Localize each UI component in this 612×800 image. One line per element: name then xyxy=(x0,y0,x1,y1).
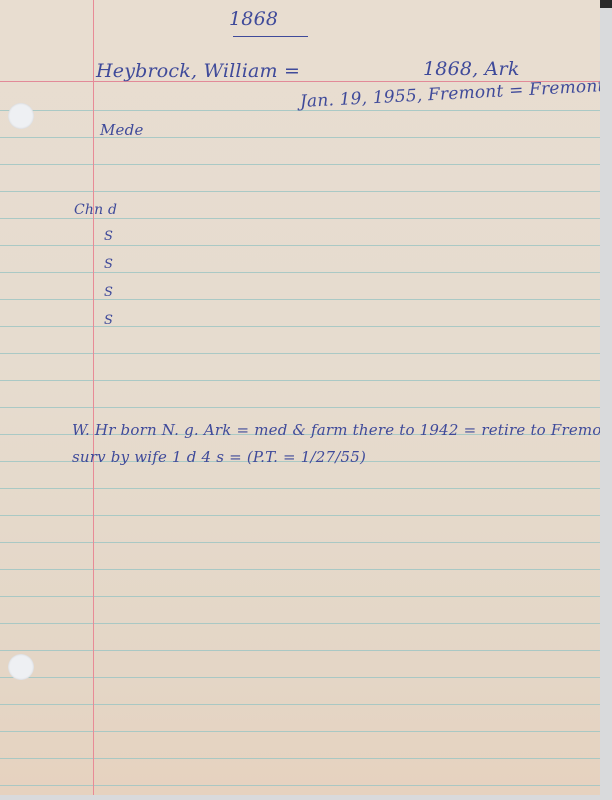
entry-occupation: Mede xyxy=(100,121,144,139)
notebook-page: 1868 Heybrock, William = 1868, Ark Jan. … xyxy=(0,0,600,795)
entry-name: Heybrock, William = xyxy=(96,60,300,82)
child-item: S xyxy=(104,285,113,300)
biography-line-1: W. Hr born N. g. Ark = med & farm there … xyxy=(72,421,600,439)
ruled-line xyxy=(0,407,600,408)
ruled-line xyxy=(0,488,600,489)
ruled-line xyxy=(0,353,600,354)
ruled-line xyxy=(0,191,600,192)
entry-birth: 1868, Ark xyxy=(423,58,520,80)
ruled-line xyxy=(0,704,600,705)
binder-hole-top xyxy=(8,103,34,129)
ruled-line xyxy=(0,569,600,570)
ruled-line xyxy=(0,731,600,732)
ruled-line xyxy=(0,542,600,543)
ruled-line xyxy=(0,218,600,219)
scan-corner-shadow xyxy=(600,0,612,8)
binder-hole-bottom xyxy=(8,654,34,680)
child-item: S xyxy=(104,257,113,272)
ruled-line xyxy=(0,758,600,759)
ruled-line xyxy=(0,380,600,381)
biography-line-2: surv by wife 1 d 4 s = (P.T. = 1/27/55) xyxy=(72,448,366,466)
ruled-line xyxy=(0,677,600,678)
ruled-line xyxy=(0,650,600,651)
ruled-line xyxy=(0,515,600,516)
margin-red-line xyxy=(93,0,94,795)
ruled-line xyxy=(0,299,600,300)
ruled-line xyxy=(0,272,600,273)
ruled-line xyxy=(0,245,600,246)
ruled-line xyxy=(0,326,600,327)
ruled-line xyxy=(0,137,600,138)
child-item: S xyxy=(104,229,113,244)
ruled-line xyxy=(0,785,600,786)
heading-underline xyxy=(233,36,308,37)
ruled-line xyxy=(0,623,600,624)
ruled-line xyxy=(0,596,600,597)
ruled-line xyxy=(0,164,600,165)
child-item: S xyxy=(104,313,113,328)
heading-year: 1868 xyxy=(229,8,278,30)
children-label: Chn d xyxy=(74,202,117,218)
